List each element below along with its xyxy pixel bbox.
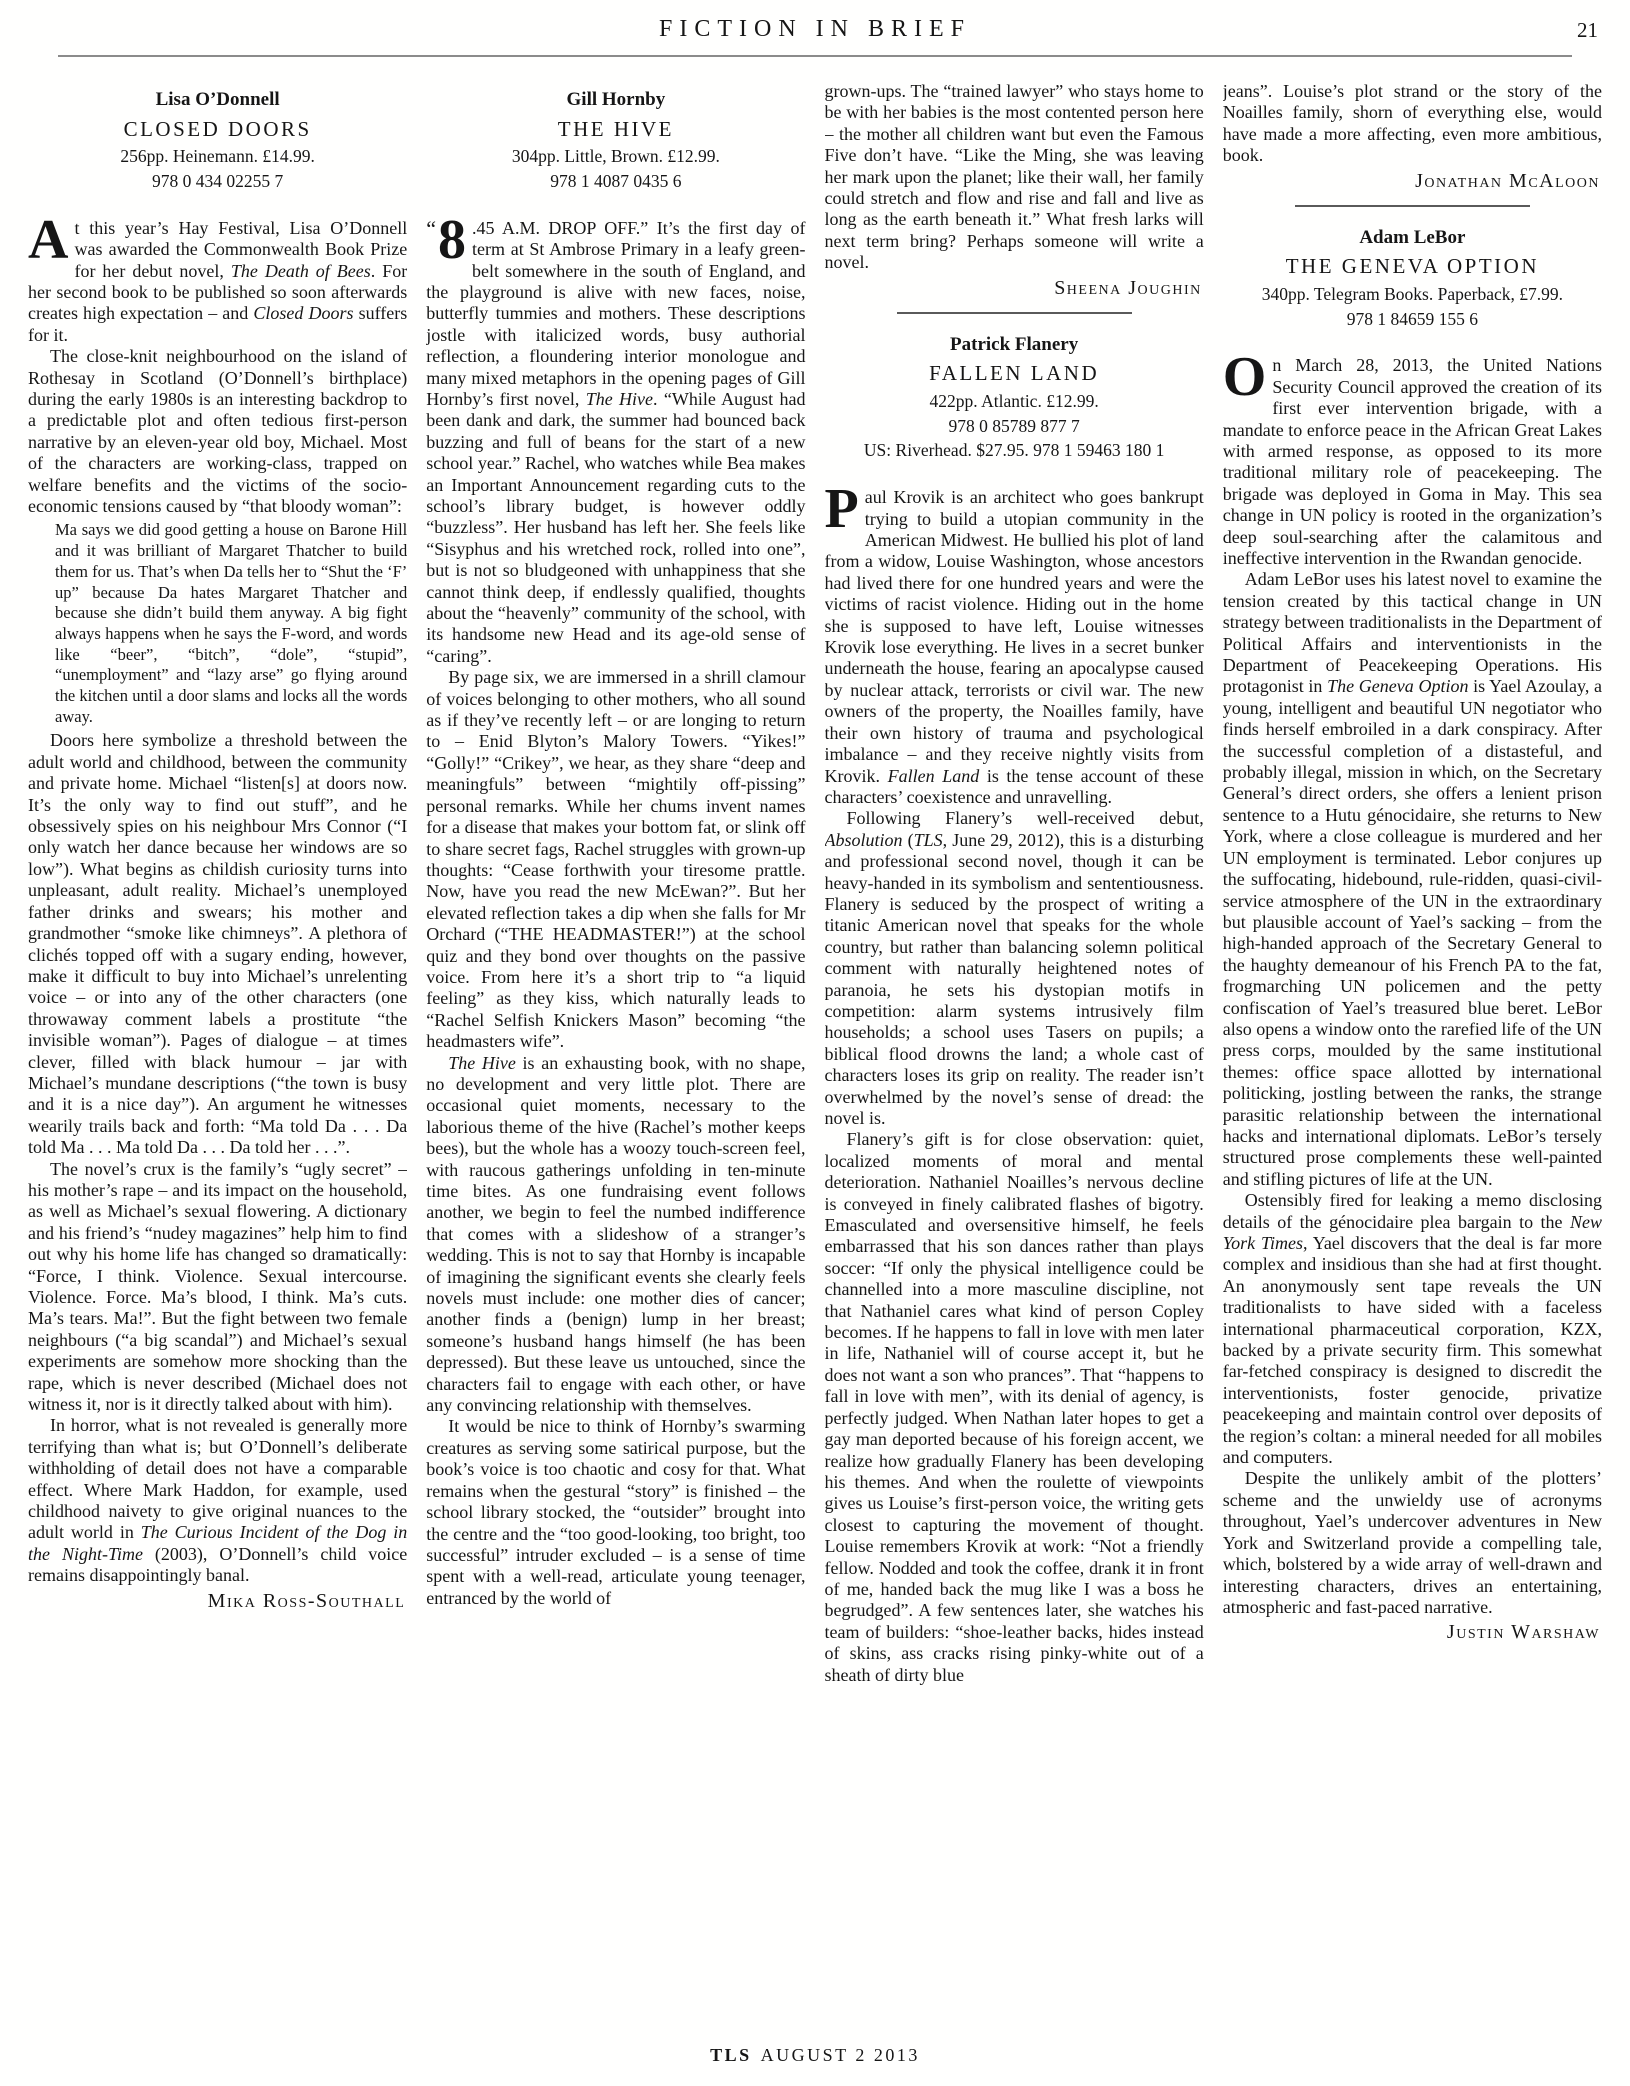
reviewer-signature: Mika Ross-Southall: [28, 1590, 405, 1613]
paragraph: Ostensibly fired for leaking a memo disc…: [1223, 1190, 1602, 1468]
book-imprint-line: 978 0 434 02255 7: [28, 169, 407, 194]
page-title: FICTION IN BRIEF: [659, 16, 971, 43]
page-number: 21: [1577, 18, 1598, 43]
paragraph: At this year’s Hay Festival, Lisa O’Donn…: [28, 218, 407, 346]
drop-cap: P: [825, 487, 865, 531]
page-footer: TLSAUGUST 2 2013: [0, 2045, 1630, 2066]
footer-date: AUGUST 2 2013: [761, 2045, 920, 2065]
paragraph: Paul Krovik is an architect who goes ban…: [825, 487, 1204, 808]
paragraph: Adam LeBor uses his latest novel to exam…: [1223, 569, 1602, 1190]
column-1: Lisa O’DonnellCLOSED DOORS256pp. Heinema…: [28, 81, 407, 2011]
book-author: Adam LeBor: [1223, 225, 1602, 251]
book-imprint-line: US: Riverhead. $27.95. 978 1 59463 180 1: [825, 438, 1204, 463]
book-heading: Adam LeBorTHE GENEVA OPTION340pp. Telegr…: [1223, 225, 1602, 332]
book-imprint-line: 256pp. Heinemann. £14.99.: [28, 144, 407, 169]
book-imprint-line: 978 1 4087 0435 6: [426, 169, 805, 194]
book-imprint-line: 978 1 84659 155 6: [1223, 307, 1602, 332]
drop-cap: 8: [438, 218, 472, 262]
paragraph: jeans”. Louise’s plot strand or the stor…: [1223, 81, 1602, 167]
column-3: grown-ups. The “trained lawyer” who stay…: [825, 81, 1204, 2011]
paragraph: Despite the unlikely ambit of the plotte…: [1223, 1468, 1602, 1618]
book-author: Patrick Flanery: [825, 332, 1204, 358]
paragraph: In horror, what is not revealed is gener…: [28, 1415, 407, 1586]
drop-cap: A: [28, 218, 74, 262]
column-2: Gill HornbyTHE HIVE304pp. Little, Brown.…: [426, 81, 805, 2011]
book-imprint-line: 304pp. Little, Brown. £12.99.: [426, 144, 805, 169]
book-heading: Lisa O’DonnellCLOSED DOORS256pp. Heinema…: [28, 87, 407, 194]
book-author: Lisa O’Donnell: [28, 87, 407, 113]
reviewer-signature: Justin Warshaw: [1223, 1621, 1600, 1644]
book-title: THE GENEVA OPTION: [1223, 252, 1602, 281]
masthead: FICTION IN BRIEF 21: [0, 0, 1630, 57]
opening-quote-mark: “: [426, 218, 438, 239]
section-divider: [897, 312, 1132, 314]
paragraph: Flanery’s gift is for close observation:…: [825, 1129, 1204, 1686]
paragraph: By page six, we are immersed in a shrill…: [426, 667, 805, 1052]
paragraph: Following Flanery’s well-received debut,…: [825, 808, 1204, 1129]
columns: Lisa O’DonnellCLOSED DOORS256pp. Heinema…: [0, 57, 1630, 2011]
paragraph: The Hive is an exhausting book, with no …: [426, 1053, 805, 1417]
reviewer-signature: Jonathan McAloon: [1223, 170, 1600, 193]
paragraph: It would be nice to think of Hornby’s sw…: [426, 1416, 805, 1609]
paragraph: Doors here symbolize a threshold between…: [28, 730, 407, 1158]
paragraph: On March 28, 2013, the United Nations Se…: [1223, 355, 1602, 569]
block-quote: Ma says we did good getting a house on B…: [55, 520, 407, 727]
book-author: Gill Hornby: [426, 87, 805, 113]
paragraph: “8.45 A.M. DROP OFF.” It’s the first day…: [426, 218, 805, 668]
book-title: THE HIVE: [426, 115, 805, 144]
column-4: jeans”. Louise’s plot strand or the stor…: [1223, 81, 1602, 2011]
paragraph: grown-ups. The “trained lawyer” who stay…: [825, 81, 1204, 274]
drop-cap: O: [1223, 355, 1273, 399]
book-heading: Patrick FlaneryFALLEN LAND422pp. Atlanti…: [825, 332, 1204, 464]
paragraph: The novel’s crux is the family’s “ugly s…: [28, 1159, 407, 1416]
book-heading: Gill HornbyTHE HIVE304pp. Little, Brown.…: [426, 87, 805, 194]
reviewer-signature: Sheena Joughin: [825, 277, 1202, 300]
book-title: CLOSED DOORS: [28, 115, 407, 144]
paragraph: The close-knit neighbourhood on the isla…: [28, 346, 407, 517]
section-divider: [1295, 205, 1530, 207]
book-imprint-line: 340pp. Telegram Books. Paperback, £7.99.: [1223, 282, 1602, 307]
book-imprint-line: 978 0 85789 877 7: [825, 414, 1204, 439]
masthead-divider: [58, 55, 1572, 57]
newspaper-page: FICTION IN BRIEF 21 Lisa O’DonnellCLOSED…: [0, 0, 1630, 2086]
book-title: FALLEN LAND: [825, 359, 1204, 388]
book-imprint-line: 422pp. Atlantic. £12.99.: [825, 389, 1204, 414]
footer-brand: TLS: [710, 2045, 752, 2065]
